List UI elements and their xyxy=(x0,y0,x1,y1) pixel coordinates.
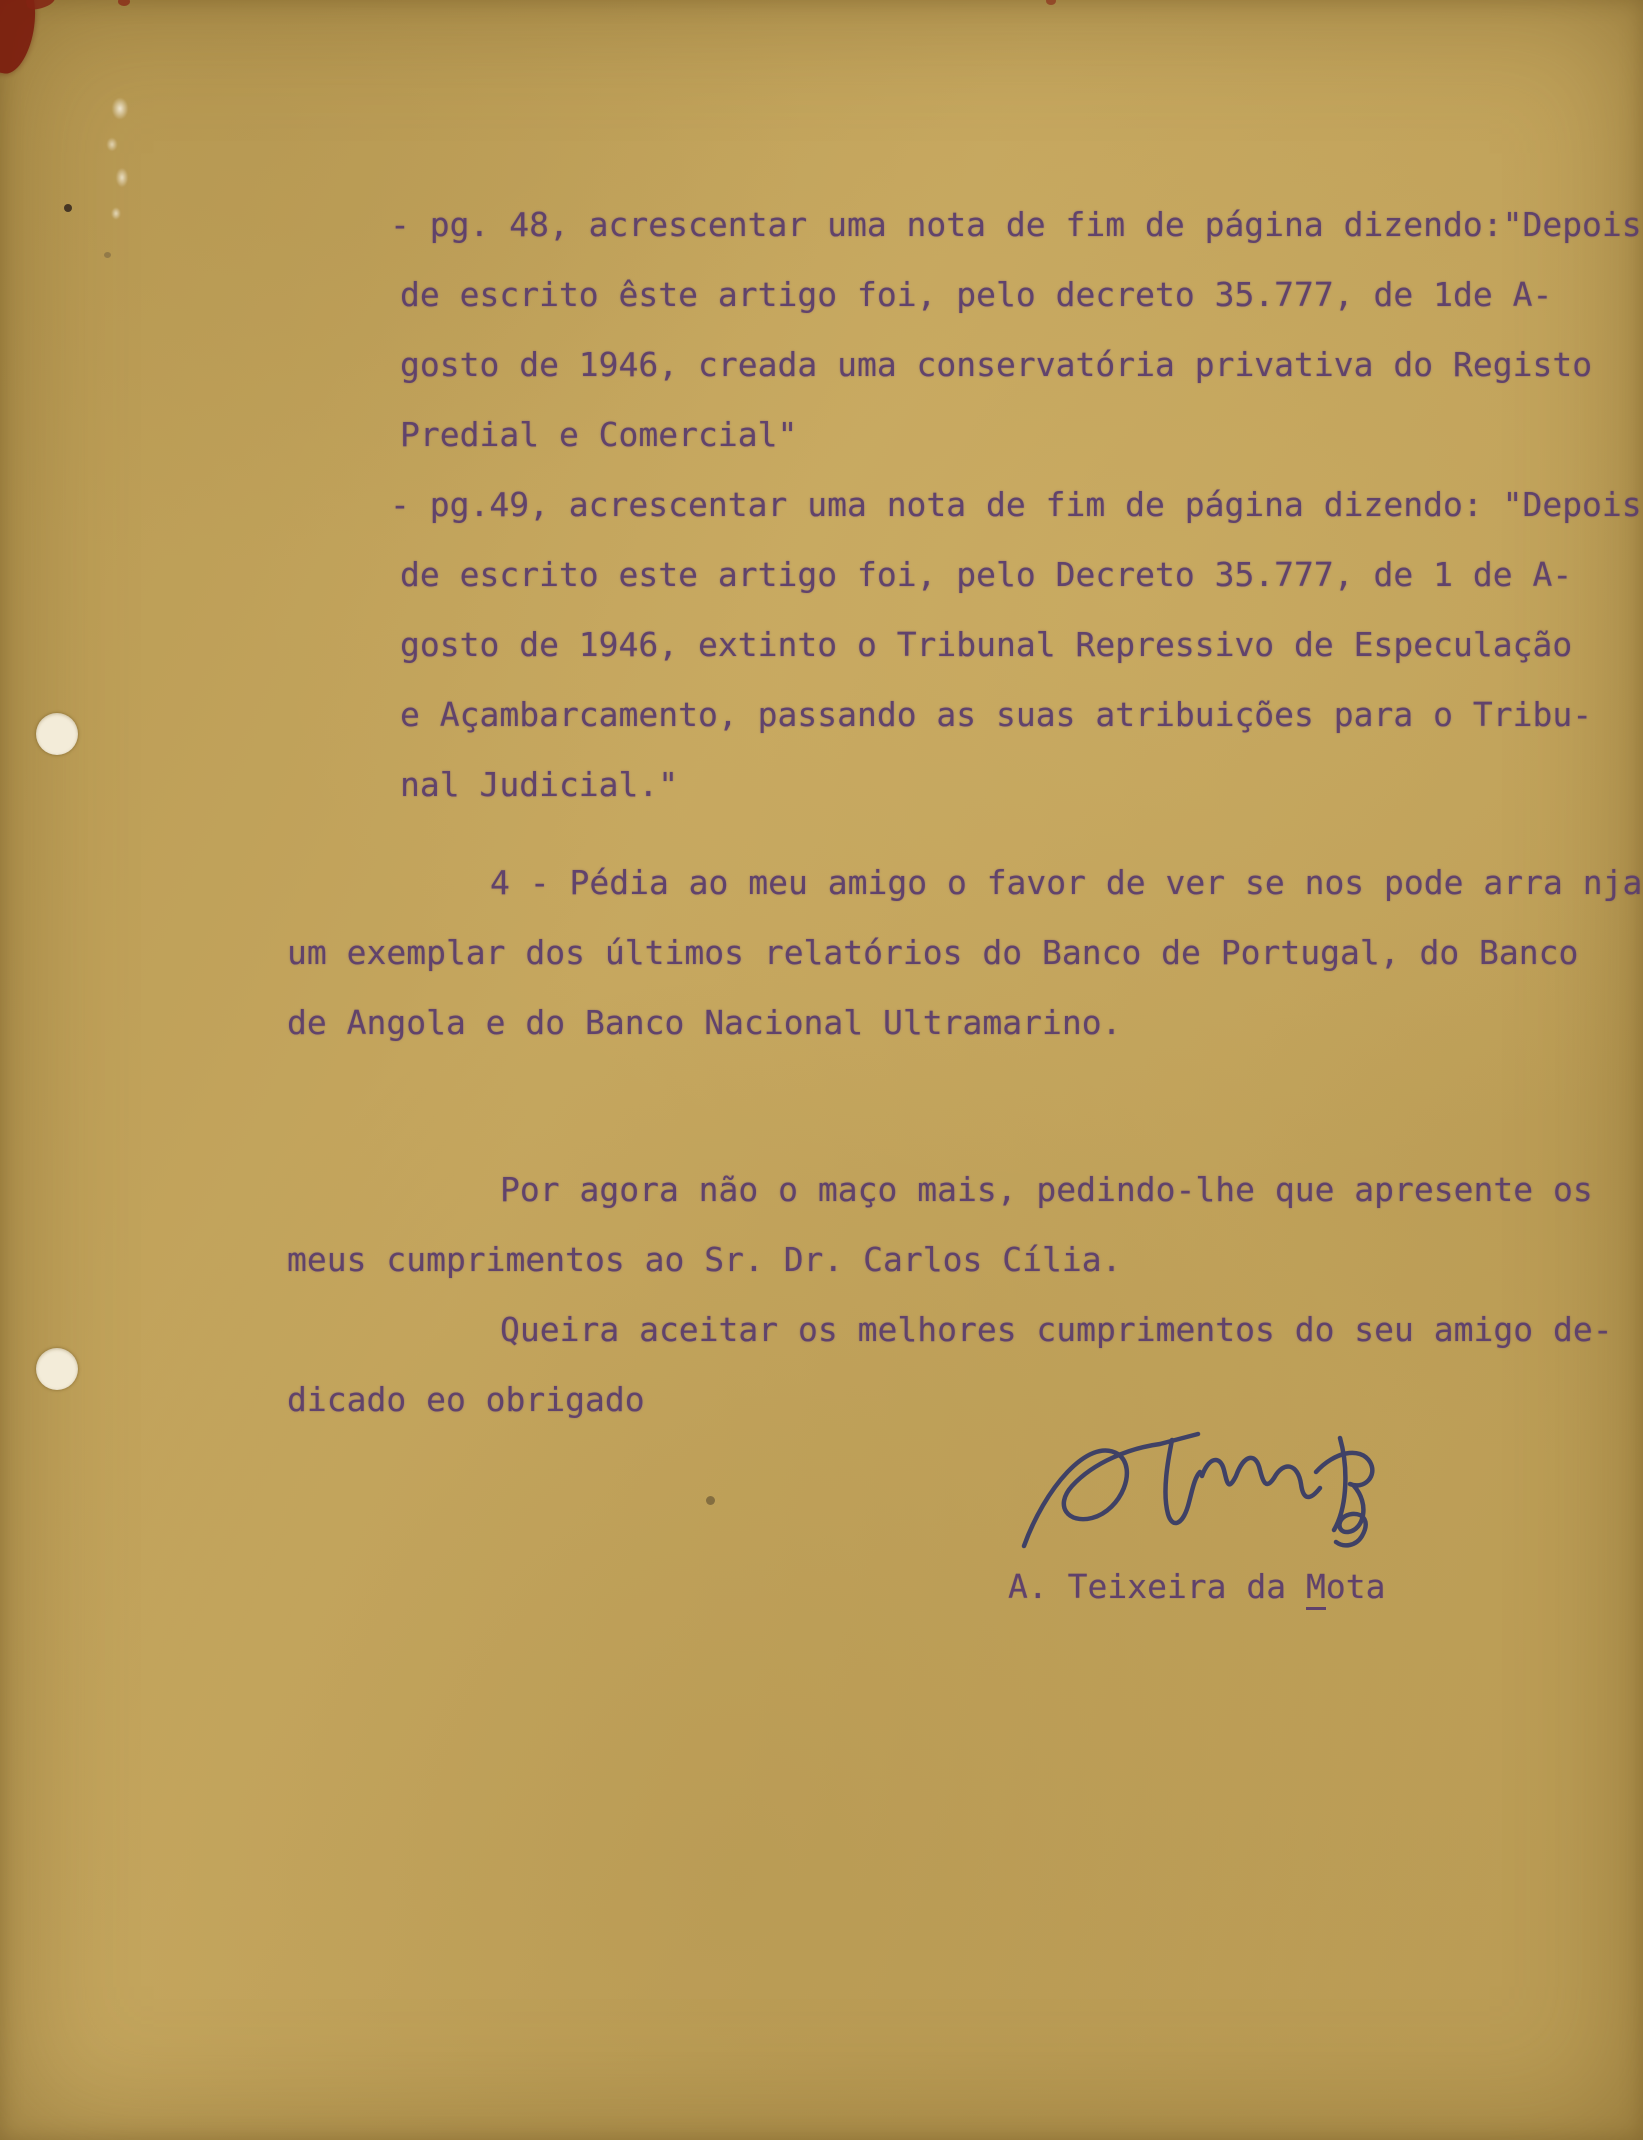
dark-speck xyxy=(706,1496,715,1505)
typed-line: Queira aceitar os melhores cumprimentos … xyxy=(287,1295,1643,1365)
paragraph-request: 4 - Pédia ao meu amigo o favor de ver se… xyxy=(287,848,1643,1058)
typed-line: de escrito este artigo foi, pelo Decreto… xyxy=(400,540,1643,610)
typed-line: - pg. 48, acrescentar uma nota de fim de… xyxy=(400,190,1643,260)
typed-name: A. Teixeira da Mota xyxy=(1008,1552,1386,1622)
typed-line: gosto de 1946, creada uma conservatória … xyxy=(400,330,1643,400)
paragraph-farewell: Queira aceitar os melhores cumprimentos … xyxy=(287,1295,1643,1435)
typed-line: dicado eo obrigado xyxy=(287,1365,1643,1435)
letter-body: - pg. 48, acrescentar uma nota de fim de… xyxy=(0,0,1643,1435)
typed-line: 4 - Pédia ao meu amigo o favor de ver se… xyxy=(287,848,1643,918)
typed-line: Predial e Comercial" xyxy=(400,400,1643,470)
typed-line: - pg.49, acrescentar uma nota de fim de … xyxy=(400,470,1643,540)
typed-line: e Açambarcamento, passando as suas atrib… xyxy=(400,680,1643,750)
letter-page: - pg. 48, acrescentar uma nota de fim de… xyxy=(0,0,1643,2140)
typed-line: um exemplar dos últimos relatórios do Ba… xyxy=(287,918,1643,988)
typed-name-post: ota xyxy=(1326,1567,1386,1606)
typed-name-pre: A. Teixeira da xyxy=(1008,1567,1306,1606)
bullet-item-pg48: - pg. 48, acrescentar uma nota de fim de… xyxy=(400,190,1643,470)
typed-line: nal Judicial." xyxy=(400,750,1643,820)
typed-line: de Angola e do Banco Nacional Ultramarin… xyxy=(287,988,1643,1058)
typed-line: gosto de 1946, extinto o Tribunal Repres… xyxy=(400,610,1643,680)
typed-name-underlined-letter: M xyxy=(1306,1567,1326,1610)
paragraph-closing: Por agora não o maço mais, pedindo-lhe q… xyxy=(287,1155,1643,1295)
bullet-item-pg49: - pg.49, acrescentar uma nota de fim de … xyxy=(400,470,1643,820)
typed-line: Por agora não o maço mais, pedindo-lhe q… xyxy=(287,1155,1643,1225)
typed-line: de escrito êste artigo foi, pelo decreto… xyxy=(400,260,1643,330)
typed-line: meus cumprimentos ao Sr. Dr. Carlos Cíli… xyxy=(287,1225,1643,1295)
